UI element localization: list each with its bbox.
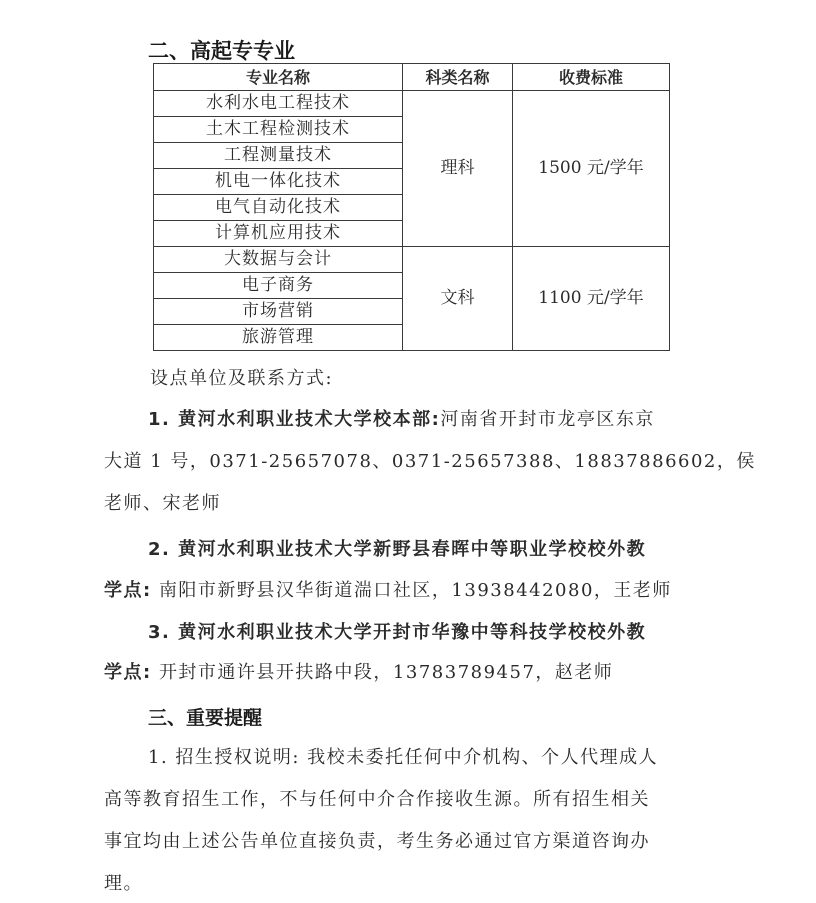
- site-3-name-line2: 学点:: [104, 662, 152, 683]
- major-cell: 电子商务: [154, 273, 403, 299]
- site-3-detail: 开封市通许县开扶路中段，13783789457，赵老师: [159, 662, 613, 683]
- site-3-line2: 学点: 开封市通许县开扶路中段，13783789457，赵老师: [104, 660, 613, 686]
- reminder-1-line2: 高等教育招生工作，不与任何中介合作接收生源。所有招生相关: [104, 787, 650, 813]
- site-3-name: 3. 黄河水利职业技术大学开封市华豫中等科技学校校外教: [148, 622, 646, 643]
- site-1-line2: 大道 1 号，0371-25657078、0371-25657388、18837…: [104, 449, 756, 475]
- major-cell: 机电一体化技术: [154, 169, 403, 195]
- major-cell: 市场营销: [154, 299, 403, 325]
- major-cell: 水利水电工程技术: [154, 91, 403, 117]
- reminder-1-line1: 1. 招生授权说明: 我校未委托任何中介机构、个人代理成人: [148, 745, 658, 771]
- header-major-name: 专业名称: [154, 64, 403, 91]
- table-header-row: 专业名称 科类名称 收费标准: [154, 64, 670, 91]
- site-1-line3: 老师、宋老师: [104, 491, 221, 517]
- section-heading-reminders: 三、重要提醒: [148, 703, 262, 730]
- site-1-line1: 1. 黄河水利职业技术大学校本部:河南省开封市龙亭区东京: [148, 407, 655, 433]
- table-row: 水利水电工程技术 理科 1500 元/学年: [154, 91, 670, 117]
- site-2-line2: 学点: 南阳市新野县汉华街道湍口社区，13938442080，王老师: [104, 578, 672, 604]
- section-heading-majors: 二、高起专专业: [148, 35, 295, 65]
- major-cell: 工程测量技术: [154, 143, 403, 169]
- major-cell: 电气自动化技术: [154, 195, 403, 221]
- table-row: 大数据与会计 文科 1100 元/学年: [154, 247, 670, 273]
- header-fee: 收费标准: [513, 64, 670, 91]
- contact-intro: 设点单位及联系方式:: [150, 366, 333, 392]
- header-category: 科类名称: [403, 64, 513, 91]
- major-cell: 计算机应用技术: [154, 221, 403, 247]
- category-cell-science: 理科: [403, 91, 513, 247]
- site-1-name: 1. 黄河水利职业技术大学校本部:: [148, 409, 440, 430]
- fee-cell-arts: 1100 元/学年: [513, 247, 670, 351]
- major-cell: 旅游管理: [154, 325, 403, 351]
- major-cell: 土木工程检测技术: [154, 117, 403, 143]
- reminder-1-line3: 事宜均由上述公告单位直接负责，考生务必通过官方渠道咨询办: [104, 829, 650, 855]
- majors-fee-table: 专业名称 科类名称 收费标准 水利水电工程技术 理科 1500 元/学年 土木工…: [153, 63, 670, 351]
- site-3-name-line1: 3. 黄河水利职业技术大学开封市华豫中等科技学校校外教: [148, 620, 646, 646]
- category-cell-arts: 文科: [403, 247, 513, 351]
- site-1-address-part: 河南省开封市龙亭区东京: [440, 409, 655, 430]
- reminder-1-line4: 理。: [104, 871, 143, 897]
- site-2-name-line2: 学点:: [104, 580, 152, 601]
- site-2-name-line1: 2. 黄河水利职业技术大学新野县春晖中等职业学校校外教: [148, 537, 646, 563]
- site-2-detail: 南阳市新野县汉华街道湍口社区，13938442080，王老师: [159, 580, 672, 601]
- major-cell: 大数据与会计: [154, 247, 403, 273]
- fee-cell-science: 1500 元/学年: [513, 91, 670, 247]
